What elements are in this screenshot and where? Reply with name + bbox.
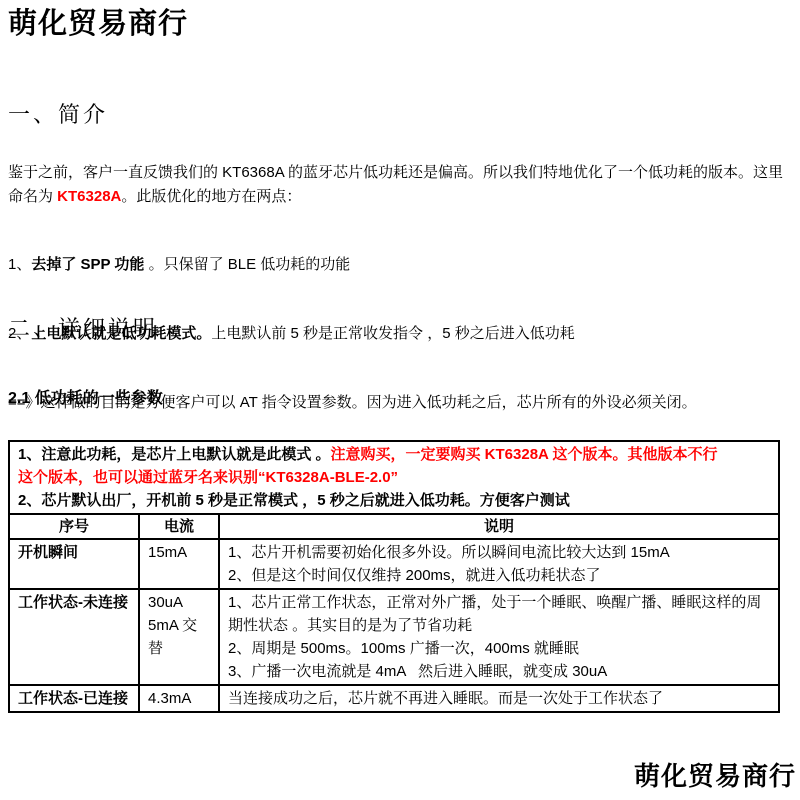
table-notes-row: 1、注意此功耗，是芯片上电默认就是此模式 。注意购买，一定要购买 KT6328A… <box>9 441 779 514</box>
row-1-current: 15mA <box>139 539 219 589</box>
row-3-name: 工作状态-已连接 <box>9 685 139 712</box>
row-2-desc-line-1: 1、芯片正常工作状态，正常对外广播，处于一个睡眠、唤醒广播、睡眠这样的周期性状态… <box>228 591 770 637</box>
column-header-current: 电流 <box>139 514 219 539</box>
list-item-1: 1、去掉了 SPP 功能 。只保留了 BLE 低功耗的功能 <box>8 253 796 276</box>
page-footer: 萌化贸易商行 <box>634 756 796 793</box>
row-3-desc-line-1: 当连接成功之后，芯片就不再进入睡眠。而是一次处于工作状态了 <box>228 687 770 710</box>
row-1-current-line-1: 15mA <box>148 541 210 564</box>
row-2-desc-line-2: 2、周期是 500ms。100ms 广播一次，400ms 就睡眠 <box>228 637 770 660</box>
sub-heading-parameters: 2.1 低功耗的一些参数 <box>8 385 163 408</box>
row-2-current: 30uA 5mA 交替 <box>139 589 219 685</box>
row-3-desc: 当连接成功之后，芯片就不再进入睡眠。而是一次处于工作状态了 <box>219 685 779 712</box>
section-heading-intro: 一、简介 <box>8 98 108 129</box>
column-header-desc: 说明 <box>219 514 779 539</box>
page-title: 萌化贸易商行 <box>8 1 188 42</box>
note-1-black: 1、注意此功耗，是芯片上电默认就是此模式 。 <box>18 446 331 463</box>
row-1-desc: 1、芯片开机需要初始化很多外设。所以瞬间电流比较大达到 15mA 2、但是这个时… <box>219 539 779 589</box>
row-2-desc: 1、芯片正常工作状态，正常对外广播，处于一个睡眠、唤醒广播、睡眠这样的周期性状态… <box>219 589 779 685</box>
model-name-highlight: KT6328A <box>57 188 121 205</box>
row-2-current-line-2: 5mA 交替 <box>148 614 210 660</box>
note-1-red: 注意购买，一定要购买 KT6328A 这个版本。其他版本不行 <box>331 446 718 463</box>
table-header-row: 序号 电流 说明 <box>9 514 779 539</box>
document-root: :root { --accent-red: #ff0000; --text-co… <box>0 0 800 800</box>
row-2-desc-line-3: 3、广播一次电流就是 4mA 然后进入睡眠，就变成 30uA <box>228 660 770 683</box>
list-item-1-rest: 。只保留了 BLE 低功耗的功能 <box>144 256 350 273</box>
intro-paragraph: 鉴于之前，客户一直反馈我们的 KT6368A 的蓝牙芯片低功耗还是偏高。所以我们… <box>8 161 796 209</box>
row-2-name: 工作状态-未连接 <box>9 589 139 685</box>
table-row: 工作状态-已连接 4.3mA 当连接成功之后，芯片就不再进入睡眠。而是一次处于工… <box>9 685 779 712</box>
row-1-desc-line-1: 1、芯片开机需要初始化很多外设。所以瞬间电流比较大达到 15mA <box>228 541 770 564</box>
row-3-current-line-1: 4.3mA <box>148 687 210 710</box>
list-item-1-number: 1、 <box>8 256 31 273</box>
table-notes-cell: 1、注意此功耗，是芯片上电默认就是此模式 。注意购买，一定要购买 KT6328A… <box>9 441 779 514</box>
list-item-1-bold: 去掉了 SPP 功能 <box>31 256 144 273</box>
row-2-current-line-1: 30uA <box>148 591 210 614</box>
intro-text-after: 。此版优化的地方在两点： <box>121 188 301 205</box>
document-page: { "header": { "title": "萌化贸易商行" }, "intr… <box>0 0 800 800</box>
note-line-2: 这个版本，也可以通过蓝牙名来识别“KT6328A-BLE-2.0” <box>18 466 770 489</box>
row-1-name: 开机瞬间 <box>9 539 139 589</box>
note-line-3: 2、芯片默认出厂，开机前 5 秒是正常模式 ，5 秒之后就进入低功耗。方便客户测… <box>18 489 770 512</box>
power-consumption-table: 1、注意此功耗，是芯片上电默认就是此模式 。注意购买，一定要购买 KT6328A… <box>8 440 780 713</box>
list-item-2-rest: 上电默认前 5 秒是正常收发指令 ，5 秒之后进入低功耗 <box>211 325 574 342</box>
table-row: 开机瞬间 15mA 1、芯片开机需要初始化很多外设。所以瞬间电流比较大达到 15… <box>9 539 779 589</box>
row-1-desc-line-2: 2、但是这个时间仅仅维持 200ms，就进入低功耗状态了 <box>228 564 770 587</box>
table-row: 工作状态-未连接 30uA 5mA 交替 1、芯片正常工作状态，正常对外广播，处… <box>9 589 779 685</box>
section-heading-details: 二、详细说明 <box>8 312 158 343</box>
note-line-1: 1、注意此功耗，是芯片上电默认就是此模式 。注意购买，一定要购买 KT6328A… <box>18 443 770 466</box>
row-3-current: 4.3mA <box>139 685 219 712</box>
column-header-seq: 序号 <box>9 514 139 539</box>
